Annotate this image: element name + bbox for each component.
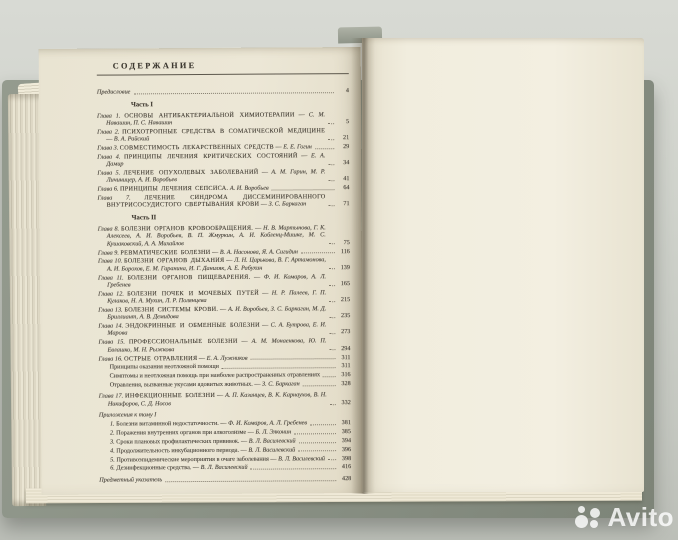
toc-entry: Глава 5. ЛЕЧЕНИЕ ОПУХОЛЕВЫХ ЗАБОЛЕВАНИЙ … (97, 168, 349, 184)
page-number: 428 (338, 475, 351, 482)
page-number: 294 (337, 345, 350, 352)
toc-entry: Предисловие4 (97, 87, 349, 96)
entry-title: Болезни витаминной недостаточности. (116, 420, 219, 428)
page-number: 273 (337, 329, 350, 336)
toc-entry: Глава 1. ОСНОВЫ АНТИБАКТЕРИАЛЬНОЙ ХИМИОТ… (97, 111, 349, 127)
entry-authors: З. С. Баркаган (269, 201, 307, 208)
page-number: 34 (336, 159, 349, 166)
entry-text: Глава 2. ПСИХОТРОПНЫЕ СРЕДСТВА В СОМАТИЧ… (97, 127, 325, 143)
entry-authors: В. Л. Василевский (278, 455, 325, 462)
page-number: 332 (338, 399, 351, 406)
toc-entry: Глава 17. ИНФЕКЦИОННЫЕ БОЛЕЗНИ — А. П. К… (99, 392, 351, 408)
entry-title: Продолжительность инкубационного периода… (116, 446, 239, 454)
entry-authors: А. И. Воробьев (230, 185, 269, 192)
entry-title: СОВМЕСТИМОСТЬ ЛЕКАРСТВЕННЫХ СРЕДСТВ (120, 144, 274, 152)
entry-label: Глава 10. (98, 258, 122, 265)
dot-leader (329, 333, 335, 334)
entry-title: ОСНОВЫ АНТИБАКТЕРИАЛЬНОЙ ХИМИОТЕРАПИИ (124, 111, 294, 119)
dot-leader (330, 404, 336, 405)
toc-entry: Глава 3. СОВМЕСТИМОСТЬ ЛЕКАРСТВЕННЫХ СРЕ… (97, 143, 349, 152)
entry-text: Отравления, вызванные укусами ядовитых ж… (110, 381, 300, 389)
toc-entry: Глава 6. ПРИНЦИПЫ ЛЕЧЕНИЯ СЕПСИСА. А. И.… (97, 184, 349, 193)
toc-entry: 2. Поражения внутренних органов при алко… (110, 428, 351, 437)
page-number: 5 (336, 118, 349, 125)
page-number: 116 (337, 248, 350, 255)
toc-entry: Предметный указатель428 (99, 475, 351, 484)
dot-leader (251, 468, 337, 470)
entry-text: Глава 12. БОЛЕЗНИ ПОЧЕК И МОЧЕВЫХ ПУТЕЙ … (98, 289, 326, 305)
contents-block: СОДЕРЖАНИЕ Предисловие4Часть IГлава 1. О… (97, 60, 352, 485)
entry-text: Предисловие (97, 88, 131, 96)
entry-text: Глава 6. ПРИНЦИПЫ ЛЕЧЕНИЯ СЕПСИСА. А. И.… (97, 185, 268, 193)
entry-title: Приложения к тому I (99, 411, 156, 418)
entry-label: Глава 17. (99, 393, 123, 400)
toc-entry: Принципы оказания неотложной помощи311 (110, 362, 351, 371)
separator: — (259, 201, 268, 208)
toc-entry: Глава 12. БОЛЕЗНИ ПОЧЕК И МОЧЕВЫХ ПУТЕЙ … (98, 289, 350, 305)
separator: — (259, 169, 272, 176)
separator: — (219, 420, 228, 427)
toc-entry: 1. Болезни витаминной недостаточности. —… (110, 419, 351, 428)
entry-title: ПСИХОТРОПНЫЕ СРЕДСТВА В СОМАТИЧЕСКОЙ МЕД… (122, 127, 325, 135)
separator: — (250, 273, 263, 280)
toc-entry: Глава 9. РЕВМАТИЧЕСКИЕ БОЛЕЗНИ — В. А. Н… (98, 248, 350, 257)
entry-label: Глава 2. (97, 128, 119, 135)
entry-label: 4. (110, 447, 115, 454)
page-number: 394 (338, 437, 351, 444)
entry-text: Глава 1. ОСНОВЫ АНТИБАКТЕРИАЛЬНОЙ ХИМИОТ… (97, 111, 325, 127)
book-gutter-shadow (351, 38, 375, 494)
entry-title: Отравления, вызванные укусами ядовитых ж… (110, 381, 253, 389)
dot-leader (328, 180, 334, 181)
entry-authors: Ф. И. Комаров, А. Л. Гребенев (228, 419, 307, 426)
dot-leader (328, 139, 334, 140)
toc-title: СОДЕРЖАНИЕ (113, 60, 349, 70)
dot-leader (294, 433, 336, 434)
entry-label: Глава 4. (97, 153, 120, 160)
entry-title: Часть II (132, 214, 157, 221)
separator: — (259, 289, 272, 296)
book-photo: СОДЕРЖАНИЕ Предисловие4Часть IГлава 1. О… (0, 0, 678, 540)
toc-entry: Отравления, вызванные укусами ядовитых ж… (110, 380, 351, 389)
entry-text: Глава 8. БОЛЕЗНИ ОРГАНОВ КРОВООБРАЩЕНИЯ.… (98, 224, 326, 247)
entry-title: ОСТРЫЕ ОТРАВЛЕНИЯ (124, 355, 197, 362)
entry-text: Принципы оказания неотложной помощи (110, 363, 219, 371)
entry-text: Глава 10. БОЛЕЗНИ ОРГАНОВ ДЫХАНИЯ — Л. Н… (98, 257, 326, 273)
toc-entry: 5. Противоэпидемические мероприятия в оч… (110, 455, 351, 464)
separator: — (260, 322, 271, 329)
entry-text: 5. Противоэпидемические мероприятия в оч… (110, 455, 325, 464)
page-number: 396 (338, 446, 351, 453)
dot-leader (329, 205, 335, 206)
dot-leader (329, 269, 335, 270)
entry-label: Глава 12. (98, 290, 124, 297)
dot-leader (329, 350, 335, 351)
entry-label: 1. (110, 420, 115, 427)
toc-entry: Глава 13. БОЛЕЗНИ СИСТЕМЫ КРОВИ. — А. И.… (98, 305, 350, 321)
entry-label: Глава 7. (98, 195, 131, 202)
dot-leader (329, 317, 335, 318)
dot-leader (328, 123, 334, 124)
page-number: 75 (337, 239, 350, 246)
entry-label: 3. (110, 438, 115, 445)
dot-leader (310, 424, 336, 425)
dot-leader (299, 442, 336, 443)
dot-leader (133, 92, 333, 94)
entry-text: 4. Продолжительность инкубационного пери… (110, 446, 295, 454)
toc-list: Предисловие4Часть IГлава 1. ОСНОВЫ АНТИБ… (97, 87, 351, 484)
right-page-blank (362, 38, 644, 492)
entry-label: Глава 6. (97, 186, 118, 193)
entry-text: Симптомы и неотложная помощь при наиболе… (110, 372, 320, 381)
entry-authors: В. Л. Василевский (249, 437, 296, 444)
page-number: 64 (336, 184, 349, 191)
page-number: 381 (338, 419, 351, 426)
dot-leader (303, 385, 336, 386)
separator: — (211, 248, 220, 255)
separator: — (106, 136, 114, 143)
part-heading: Часть I (131, 100, 349, 109)
entry-text: Глава 11. БОЛЕЗНИ ОРГАНОВ ПИЩЕВАРЕНИЯ. —… (98, 273, 326, 289)
dot-leader (328, 460, 336, 461)
page-number: 328 (338, 380, 351, 387)
entry-text: Глава 16. ОСТРЫЕ ОТРАВЛЕНИЯ — Е. А. Лужн… (99, 354, 248, 362)
separator: — (269, 455, 278, 462)
toc-entry: Глава 7. ЛЕЧЕНИЕ СИНДРОМА ДИССЕМИНИРОВАН… (98, 193, 350, 209)
page-number: 311 (338, 362, 351, 369)
dot-leader (315, 148, 334, 149)
entry-text: Глава 3. СОВМЕСТИМОСТЬ ЛЕКАРСТВЕННЫХ СРЕ… (97, 143, 312, 152)
page-number: 29 (336, 143, 349, 150)
toc-entry: Глава 14. ЭНДОКРИННЫЕ И ОБМЕННЫЕ БОЛЕЗНИ… (98, 321, 350, 337)
entry-label: Глава 1. (97, 112, 120, 119)
entry-text: 1. Болезни витаминной недостаточности. —… (110, 419, 307, 428)
toc-entry: 4. Продолжительность инкубационного пери… (110, 446, 351, 455)
entry-title: Принципы оказания неотложной помощи (110, 363, 219, 371)
entry-text: Глава 17. ИНФЕКЦИОННЫЕ БОЛЕЗНИ — А. П. К… (99, 392, 327, 408)
toc-entry: 3. Сроки плановых профилактических приви… (110, 437, 351, 446)
entry-text: Глава 15. ПРОФЕССИОНАЛЬНЫЕ БОЛЕЗНИ — А. … (98, 338, 326, 354)
entry-authors: В. Л. Василевский (201, 464, 248, 471)
entry-title: Симптомы и неотложная помощь при наиболе… (110, 372, 320, 380)
dot-leader (329, 244, 335, 245)
separator: — (224, 257, 234, 264)
dot-leader (323, 376, 336, 377)
dot-leader (328, 164, 334, 165)
entry-authors: В. А. Райский (114, 135, 149, 142)
entry-title: Предметный указатель (99, 476, 162, 483)
separator: — (197, 354, 206, 361)
separator: — (253, 381, 262, 388)
page-number: 41 (336, 175, 349, 182)
entry-label: Глава 11. (98, 274, 124, 281)
entry-authors: Е. А. Лужников (207, 354, 248, 361)
entry-text: Предметный указатель (99, 476, 162, 484)
separator: — (295, 111, 309, 118)
entry-title: Часть I (131, 101, 153, 108)
separator: — (298, 152, 311, 159)
entry-authors: В. Л. Василевский (248, 446, 295, 453)
dot-leader (329, 285, 335, 286)
entry-text: 6. Дезинфекционные средства. — В. Л. Вас… (110, 464, 247, 472)
entry-authors: Е. Е. Гогин (283, 143, 312, 150)
entry-label: 6. (110, 465, 115, 472)
header-rule (97, 73, 349, 76)
dot-leader (329, 301, 335, 302)
part-heading: Часть II (132, 213, 350, 222)
entry-label: Глава 16. (99, 355, 123, 362)
entry-text: Глава 13. БОЛЕЗНИ СИСТЕМЫ КРОВИ. — А. И.… (98, 305, 326, 321)
entry-title: Противоэпидемические мероприятия в очаге… (116, 455, 269, 463)
separator: — (218, 306, 228, 313)
entry-authors: В. А. Насонова, Я. А. Сигидин (220, 248, 298, 255)
entry-authors: З. С. Баркаган (262, 381, 300, 388)
entry-title: Сроки плановых профилактических прививок… (116, 438, 239, 446)
page-number: 398 (338, 455, 351, 462)
dot-leader (222, 367, 336, 369)
separator: — (239, 437, 248, 444)
dot-leader (301, 252, 335, 253)
toc-entry: Глава 16. ОСТРЫЕ ОТРАВЛЕНИЯ — Е. А. Лужн… (99, 354, 351, 363)
toc-entry: Глава 8. БОЛЕЗНИ ОРГАНОВ КРОВООБРАЩЕНИЯ.… (98, 224, 350, 247)
page-number: 235 (337, 312, 350, 319)
toc-entry: Приложения к тому I (99, 410, 351, 419)
page-number: 21 (336, 134, 349, 141)
page-number: 416 (338, 464, 351, 471)
entry-title: РЕВМАТИЧЕСКИЕ БОЛЕЗНИ (120, 248, 210, 256)
toc-entry: Глава 2. ПСИХОТРОПНЫЕ СРЕДСТВА В СОМАТИЧ… (97, 127, 349, 143)
page-number: 165 (337, 280, 350, 287)
page-number: 71 (337, 201, 350, 208)
entry-text: 2. Поражения внутренних органов при алко… (110, 428, 291, 436)
separator: — (239, 446, 248, 453)
entry-text: Приложения к тому I (99, 411, 156, 419)
entry-text: Глава 4. ПРИНЦИПЫ ЛЕЧЕНИЯ КРИТИЧЕСКИХ СО… (97, 152, 325, 168)
toc-entry: Глава 15. ПРОФЕССИОНАЛЬНЫЕ БОЛЕЗНИ — А. … (98, 337, 350, 353)
separator: — (274, 143, 283, 150)
entry-label: 5. (110, 456, 115, 463)
dot-leader (272, 189, 335, 190)
entry-label: Глава 3. (97, 144, 118, 151)
entry-title: Дезинфекционные средства. (116, 464, 191, 471)
entry-text: Часть II (132, 214, 157, 221)
entry-text: Глава 14. ЭНДОКРИННЫЕ И ОБМЕННЫЕ БОЛЕЗНИ… (98, 321, 326, 337)
toc-entry: Глава 10. БОЛЕЗНИ ОРГАНОВ ДЫХАНИЯ — Л. Н… (98, 256, 350, 272)
page-number: 215 (337, 296, 350, 303)
page-number: 316 (338, 371, 351, 378)
entry-text: Глава 7. ЛЕЧЕНИЕ СИНДРОМА ДИССЕМИНИРОВАН… (98, 193, 326, 209)
entry-label: Глава 9. (98, 249, 119, 256)
page-number: 139 (337, 264, 350, 271)
separator: — (215, 392, 225, 399)
entry-title: ЭНДОКРИННЫЕ И ОБМЕННЫЕ БОЛЕЗНИ (125, 322, 260, 330)
entry-title: ПРИНЦИПЫ ЛЕЧЕНИЯ СЕПСИСА. (120, 185, 228, 193)
entry-title: БОЛЕЗНИ ПОЧЕК И МОЧЕВЫХ ПУТЕЙ (127, 289, 259, 297)
entry-text: 3. Сроки плановых профилактических приви… (110, 437, 296, 445)
entry-title: БОЛЕЗНИ ОРГАНОВ ПИЩЕВАРЕНИЯ. (127, 273, 250, 281)
entry-label: Глава 14. (98, 323, 123, 330)
entry-title: ИНФЕКЦИОННЫЕ БОЛЕЗНИ (125, 392, 215, 400)
toc-entry: Симптомы и неотложная помощь при наиболе… (110, 371, 351, 380)
entry-title: Предисловие (97, 88, 131, 95)
dot-leader (298, 451, 336, 452)
toc-entry: 6. Дезинфекционные средства. — В. Л. Вас… (110, 464, 351, 473)
entry-label: 2. (110, 429, 115, 436)
page-number: 4 (336, 87, 349, 94)
separator: — (238, 338, 252, 345)
dot-leader (165, 480, 336, 482)
entry-text: Глава 5. ЛЕЧЕНИЕ ОПУХОЛЕВЫХ ЗАБОЛЕВАНИЙ … (97, 168, 325, 184)
entry-title: ПРИНЦИПЫ ЛЕЧЕНИЯ КРИТИЧЕСКИХ СОСТОЯНИЙ (124, 152, 298, 160)
left-page: СОДЕРЖАНИЕ Предисловие4Часть IГлава 1. О… (39, 47, 364, 495)
entry-label: Глава 15. (98, 339, 124, 346)
dot-leader (251, 358, 336, 360)
entry-authors: Б. Л. Элконин (255, 428, 291, 435)
entry-text: Глава 9. РЕВМАТИЧЕСКИЕ БОЛЕЗНИ — В. А. Н… (98, 248, 298, 257)
page-number: 385 (338, 428, 351, 435)
toc-entry: Глава 4. ПРИНЦИПЫ ЛЕЧЕНИЯ КРИТИЧЕСКИХ СО… (97, 152, 349, 168)
entry-title: ПРОФЕССИОНАЛЬНЫЕ БОЛЕЗНИ (129, 338, 238, 346)
toc-entry: Глава 11. БОЛЕЗНИ ОРГАНОВ ПИЩЕВАРЕНИЯ. —… (98, 273, 350, 289)
entry-text: Часть I (131, 101, 153, 108)
page-number: 311 (338, 354, 351, 361)
entry-title: Поражения внутренних органов при алкогол… (116, 429, 246, 437)
